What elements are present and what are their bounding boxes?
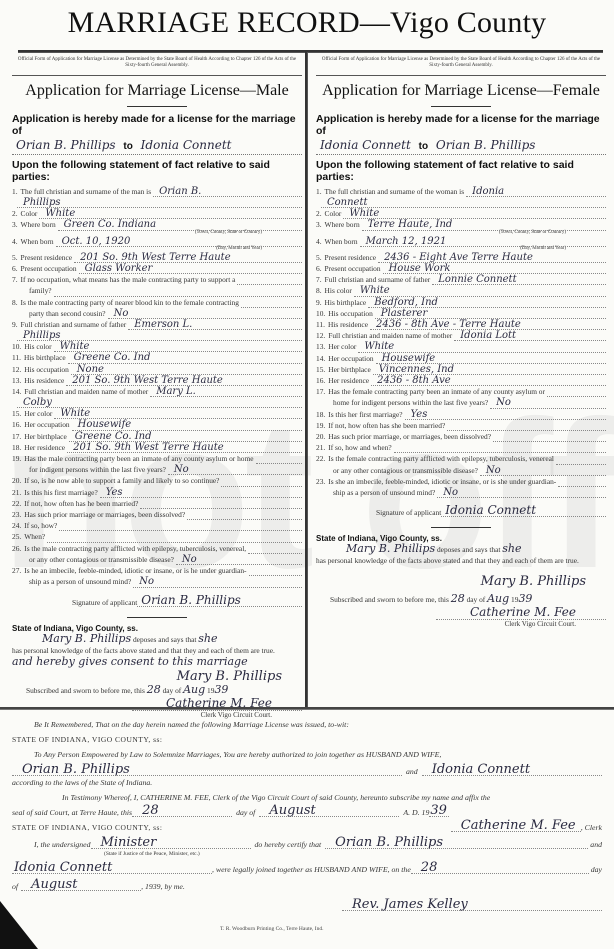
female-affidavit-text: Mary B. Phillips deposes and says that s… [316,543,606,566]
question-row: party than second cousin?No [12,308,302,319]
question-row: ship as a person of unsound mind?No [12,576,302,587]
cert-bride: Idonia Connett [14,860,112,875]
question-label: When? [24,531,45,542]
answer-field: No [176,554,302,565]
question-number: 19. [12,453,21,464]
question-label: Her residence [328,375,369,386]
sworn-month: Aug [183,683,205,696]
answer-value: No [496,397,511,408]
male-signature: Orian B. Phillips [141,593,241,607]
officiant-signature-field: Rev. James Kelley [342,894,602,911]
question-row: 18.Her residence201 So. 9th West Terre H… [12,442,302,453]
question-row: 8.Is the male contracting party of neare… [12,297,302,308]
answer-value: Lonnie Connett [438,274,516,285]
and-label-2: and [590,840,602,849]
question-number: 16. [12,419,21,430]
question-row: 25.When? [12,531,302,542]
question-label: Present residence [21,252,73,263]
question-row: 10.His occupationPlasterer [316,308,606,319]
question-row: 22.If not, how often has he been married… [12,498,302,509]
cert-bride-field: Idonia Connett [12,861,212,874]
female-signature: Idonia Connett [445,503,536,517]
answer-field [256,453,303,464]
answer-value: Housewife [78,419,132,430]
female-questions: 1.The full christian and surname of the … [316,186,606,498]
question-row: 21.Is this his first marriage?Yes [12,487,302,498]
empowered-text: To Any Person Empowered by Law to Solemn… [34,750,441,759]
according-line: according to the laws of the State of In… [12,776,602,787]
question-row: 1.The full christian and surname of the … [316,186,606,197]
question-row: 15.Her birthplaceVincennes, Ind [316,364,606,375]
cert-day: 28 [421,860,438,875]
depose-text: deposes and says that [133,635,196,644]
question-label: Full christian and surname of father [21,319,127,330]
license-day: 28 [142,803,159,818]
answer-value: Greene Co. Ind [75,431,152,442]
question-label: His residence [328,319,368,330]
question-label: When born [325,236,358,247]
answer-field [241,297,302,308]
question-row: 13.Her colorWhite [316,341,606,352]
question-label: Is this her first marriage? [328,409,402,420]
answer-value: White [60,408,90,419]
question-row: 8.His colorWhite [316,285,606,296]
seal-text: seal of said Court, at Terre Haute, this [12,808,132,817]
question-label: Has such prior marriage, or marriages, b… [328,431,491,442]
column-divider [305,52,308,707]
answer-value: House Work [389,263,451,274]
knowledge-text: has personal knowledge of the facts abov… [12,645,302,656]
answer-value: 201 So. 9th West Terre Haute [72,375,223,386]
marriage-record-page: not official MARRIAGE RECORD—Vigo County… [0,0,614,949]
question-number: 3. [12,219,18,230]
sworn-month: Aug [487,592,509,605]
question-number: 18. [12,442,21,453]
question-row: 19.If not, how often has she been marrie… [316,420,606,431]
rule [127,617,187,618]
question-label: His occupation [24,364,69,375]
question-row: Phillips [12,330,302,341]
answer-value: Plasterer [381,308,427,319]
answer-field: Housewife [376,353,606,364]
answer-field: Connett [321,197,606,208]
answer-field [187,509,302,520]
day-of-label: day of [236,808,255,817]
question-number: 1. [316,186,322,197]
answer-field: 2436 - 8th Ave [371,375,606,386]
answer-field [47,532,302,543]
of-label: of [12,882,18,891]
answer-field [556,454,606,465]
question-label: Her residence [24,442,65,453]
question-number: 1. [12,186,18,197]
signature-field: Idonia Connett [441,503,606,517]
answer-value: Idonia [472,186,504,197]
by-me-text: , by me. [161,882,185,891]
answer-value: White [360,285,390,296]
question-number: 27. [12,565,21,576]
day-of: day of [467,595,486,604]
answer-field: No [168,464,302,475]
signature-label: Signature of applicant [72,598,137,607]
question-label: Full christian and maiden name of mother [328,330,452,341]
question-row: 22.Is the female contracting party affli… [316,453,606,464]
question-label: Has the male contracting party been an i… [24,453,253,464]
answer-field [249,565,302,576]
deponent: Mary B. Phillips [346,542,435,555]
question-label: The full christian and surname of the ma… [21,186,152,197]
question-row: home for indigent persons within the las… [316,397,606,408]
question-label: His color [325,285,352,296]
answer-value: Bedford, Ind [374,297,438,308]
question-number: 6. [12,263,18,274]
female-signature-row: Signature of applicant Idonia Connett [316,503,606,517]
license-clerk-signature: Catherine M. Fee [461,818,576,833]
question-label: Where born [21,219,56,230]
answer-value: Colby [23,397,52,408]
bride-name: Idonia Connett [432,762,530,777]
question-row: Connett [316,197,606,208]
question-label: Has the female contracting party been an… [328,386,545,397]
question-row: 15.Her colorWhite [12,408,302,419]
question-row: 17.Her birthplaceGreene Co. Ind [12,431,302,442]
question-number: 19. [316,420,325,431]
answer-field: Mary L. [150,386,302,397]
question-number: 17. [316,386,325,397]
question-number: 5. [12,252,18,263]
question-label: home for indigent persons within the las… [319,397,488,408]
question-row: 19.Has the male contracting party been a… [12,453,302,464]
affiant-signature: Mary B. Phillips [316,574,606,589]
answer-field: Orian B. [153,186,302,197]
answer-value: 2436 - Eight Ave Terre Haute [384,252,533,263]
question-label: family? [15,285,52,296]
consent-text: and hereby gives consent to this marriag… [12,656,302,667]
answer-field: March 12, 1921 [360,236,606,247]
answer-field: Lonnie Connett [432,274,606,285]
question-number: 7. [316,274,322,285]
question-row: 2.ColorWhite [316,208,606,219]
question-label: If so, how and when? [328,442,391,453]
answer-field: 2436 - 8th Ave - Terre Haute [370,319,606,330]
male-affidavit-text: Mary B. Phillips deposes and says that s… [12,633,302,667]
answer-value: Greene Co. Ind [74,352,151,363]
question-row: Phillips [12,197,302,208]
question-row: 16.Her residence2436 - 8th Ave [316,375,606,386]
answer-field: Terre Haute, Ind [362,220,606,231]
empowered-line: To Any Person Empowered by Law to Solemn… [12,744,602,759]
answer-value: Green Co. Indiana [64,219,156,230]
question-row: or any other contagious or transmissible… [316,465,606,476]
answer-field: 201 So. 9th West Terre Haute [67,442,302,453]
party1-name: Idonia Connett [320,138,411,152]
question-number: 3. [316,219,322,230]
state-clerk-line: STATE OF INDIANA, VIGO COUNTY, ss: Cathe… [12,817,602,832]
question-row: 11.His birthplaceGreene Co. Ind [12,352,302,363]
answer-field: Emerson L. [128,319,302,330]
answer-field [394,442,606,453]
affiant-signature: Mary B. Phillips [12,669,302,684]
joined-text: , were legally joined together as HUSBAN… [212,865,411,874]
state-line: STATE OF INDIANA, VIGO COUNTY, ss: [12,729,602,744]
remembered-line: Be It Remembered, That on the day herein… [12,714,602,729]
answer-value: Yes [411,409,428,420]
clerk-label: , Clerk [581,823,602,832]
sworn-line: Subscribed and sworn to before me, this … [12,684,302,696]
answer-value: No [486,465,501,476]
answer-field: Yes [405,409,606,420]
to-label: to [123,141,132,152]
answer-field: No [490,398,606,409]
day-field: 28 [132,804,232,817]
answer-field [237,274,302,285]
question-row: 20.If so, is he now able to support a fa… [12,475,302,486]
question-number: 21. [12,487,21,498]
male-application: Official Form of Application for Marriag… [12,55,302,719]
answer-field: Oct. 10, 1920 [56,236,302,247]
printer-credit: T. R. Woodburn Printing Co., Terre Haute… [220,926,324,932]
question-label: or any other contagious or transmissible… [319,465,478,476]
depose-text: deposes and says that [437,545,500,554]
answer-field: Plasterer [375,308,606,319]
question-label: ship as a person of unsound mind? [319,487,435,498]
couple-line: Orian B. Phillips and Idonia Connett [12,759,602,776]
question-number: 22. [316,453,325,464]
question-label: If so, is he now able to support a famil… [24,475,219,486]
sworn-year: 39 [214,683,228,696]
and-label: and [406,767,418,776]
question-row: 11.His residence2436 - 8th Ave - Terre H… [316,319,606,330]
answer-value: March 12, 1921 [366,236,447,247]
officiant-caption-line: (State if Justice of the Peace, Minister… [12,849,602,857]
answer-value: No [139,576,154,587]
question-row: 14.Full christian and maiden name of mot… [12,386,302,397]
seal-line: seal of said Court, at Terre Haute, this… [12,802,602,817]
question-number: 10. [12,341,21,352]
answer-field: Bedford, Ind [368,297,606,308]
question-label: Is the female contracting party afflicte… [328,453,554,464]
question-number: 24. [12,520,21,531]
question-row: 3.Where bornTerre Haute, Ind [316,219,606,230]
question-row: 26.Is the male contracting party afflict… [12,543,302,554]
question-label: When born [21,236,54,247]
undersigned-text: I, the undersigned [34,840,91,849]
question-row: 12.His occupationNone [12,364,302,375]
answer-field [140,498,302,509]
groom-name: Orian B. Phillips [22,762,130,777]
question-number: 20. [12,475,21,486]
answer-value: Phillips [23,330,61,341]
answer-value: Idonia Lott [460,330,516,341]
question-number: 9. [316,297,322,308]
cert-groom: Orian B. Phillips [335,835,443,850]
sworn-year: 39 [518,592,532,605]
question-number: 17. [12,431,21,442]
answer-field [59,520,302,531]
question-label: Her occupation [24,419,69,430]
answer-field: No [437,487,606,498]
rule [431,527,491,528]
question-number: 11. [12,352,21,363]
question-label: Present residence [325,252,377,263]
question-number: 7. [12,274,18,285]
question-number: 20. [316,431,325,442]
question-row: 7.If no occupation, what means has the m… [12,274,302,285]
question-number: 15. [316,364,325,375]
answer-value: 2436 - 8th Ave - Terre Haute [376,319,521,330]
cert-groom-field: Orian B. Phillips [325,836,588,849]
clerk-signature: Catherine M. Fee [436,605,606,620]
rule [127,106,187,107]
question-number: 14. [316,353,325,364]
question-label: ship as a person of unsound mind? [15,576,131,587]
question-label: His birthplace [24,352,66,363]
ad-label: A. D. 19 [403,808,429,817]
answer-field: Yes [100,487,302,498]
question-row: 27.Is he an imbecile, feeble-minded, idi… [12,565,302,576]
question-number: 16. [316,375,325,386]
female-heading: Application for Marriage License—Female [316,82,606,100]
deponent: Mary B. Phillips [42,632,131,645]
officiant-signature: Rev. James Kelley [352,897,468,912]
answer-field: 201 So. 9th West Terre Haute [66,375,302,386]
question-label: Full christian and maiden name of mother [24,386,148,397]
answer-value: Terre Haute, Ind [368,219,453,230]
question-label: His birthplace [325,297,367,308]
year-field: 39 [429,804,449,817]
question-number: 8. [12,297,18,308]
answer-field: White [343,208,606,219]
answer-field: White [354,286,606,297]
question-label: Is the male contracting party afflicted … [24,543,246,554]
answer-value: 2436 - 8th Ave [377,375,451,386]
question-label: Her birthplace [24,431,66,442]
question-row: 20.Has such prior marriage, or marriages… [316,431,606,442]
question-row: 2.ColorWhite [12,208,302,219]
party2-name: Idonia Connett [141,138,232,152]
answer-field: White [39,208,302,219]
question-label: Her color [24,408,52,419]
answer-value: Mary L. [156,386,196,397]
question-label: His color [24,341,51,352]
clerk-caption: Clerk Vigo Circuit Court. [316,620,606,628]
bottom-rule [0,707,614,710]
question-row: 16.Her occupationHousewife [12,419,302,430]
question-row: or any other contagious or transmissible… [12,554,302,565]
question-number: 12. [12,364,21,375]
top-rule [18,50,603,53]
testimony-line: In Testimony Whereof, I, CATHERINE M. FE… [12,787,602,802]
question-label: Present occupation [325,263,381,274]
sworn-text: Subscribed and sworn to before me, this [26,686,145,695]
parties-line: Idonia Connett to Orian B. Phillips [316,137,606,155]
question-row: 5.Present residence2436 - Eight Ave Terr… [316,252,606,263]
answer-value: White [364,341,394,352]
question-number: 9. [12,319,18,330]
question-number: 12. [316,330,325,341]
question-label: for indigent persons within the last fiv… [15,464,166,475]
question-label: Her color [328,341,356,352]
by-me-line: of August , 1939, by me. [12,874,602,891]
answer-field: Phillips [17,197,302,208]
question-row: family? [12,285,302,296]
answer-field [221,476,302,487]
knowledge-text: has personal knowledge of the facts abov… [316,555,606,566]
pronoun: she [502,542,521,555]
question-row: 9.Full christian and surname of fatherEm… [12,319,302,330]
question-number: 6. [316,263,322,274]
answer-field: White [358,342,606,353]
cert-year: 39 [153,882,161,891]
question-row: 6.Present occupationGlass Worker [12,263,302,274]
answer-field: Vincennes, Ind [373,364,606,375]
answer-value: White [60,341,90,352]
answer-field: Greene Co. Ind [69,431,302,442]
question-row: 3.Where bornGreen Co. Indiana [12,219,302,230]
question-label: Her birthplace [328,364,370,375]
officiant-caption: (State if Justice of the Peace, Minister… [104,851,200,857]
officiant-title: Minister [101,835,157,850]
answer-value: Glass Worker [85,263,153,274]
answer-value: Oct. 10, 1920 [62,236,131,247]
answer-field [54,286,302,297]
answer-value: White [45,208,75,219]
party2-name: Orian B. Phillips [436,138,536,152]
answer-field: Housewife [72,420,302,431]
question-number: 5. [316,252,322,263]
question-row: 18.Is this her first marriage?Yes [316,409,606,420]
question-number: 26. [12,543,21,554]
female-application: Official Form of Application for Marriag… [316,55,606,628]
question-label: Is she an imbecile, feeble-minded, idiot… [328,476,556,487]
question-label: Full christian and surname of father [325,274,431,285]
question-row: ship as a person of unsound mind?No [316,487,606,498]
answer-field: Greene Co. Ind [68,353,302,364]
answer-field [248,543,302,554]
clerk-field: Catherine M. Fee [451,819,581,832]
question-number: 23. [12,509,21,520]
question-label: Her occupation [328,353,373,364]
answer-field [447,420,606,431]
question-label: If not, how often has he been married? [24,498,138,509]
question-label: If not, how often has she been married? [328,420,445,431]
question-number: 10. [316,308,325,319]
question-label: party than second cousin? [15,308,106,319]
question-label: Is the male contracting party of nearer … [21,297,239,308]
question-number: 15. [12,408,21,419]
question-number: 18. [316,409,325,420]
statement-heading: Upon the following statement of fact rel… [316,159,606,183]
sworn-day: 28 [147,683,161,696]
license-section: Be It Remembered, That on the day herein… [12,714,602,911]
question-row: 10.His colorWhite [12,341,302,352]
day-label: day [591,865,602,874]
question-row: 23.Is she an imbecile, feeble-minded, id… [316,476,606,487]
answer-field: Green Co. Indiana [58,220,302,231]
question-row: 13.His residence201 So. 9th West Terre H… [12,375,302,386]
question-row: 17.Has the female contracting party been… [316,386,606,397]
question-label: Has such prior marriage or marriages, be… [24,509,185,520]
answer-field: Phillips [17,330,302,341]
question-row: 24.If so, how? [12,520,302,531]
sworn-day: 28 [451,592,465,605]
answer-value: White [349,208,379,219]
party1-name: Orian B. Phillips [16,138,116,152]
question-row: Colby [12,397,302,408]
question-row: 4.When bornOct. 10, 1920 [12,236,302,247]
cert-day-field: 28 [411,861,589,874]
answer-value: None [77,364,104,375]
